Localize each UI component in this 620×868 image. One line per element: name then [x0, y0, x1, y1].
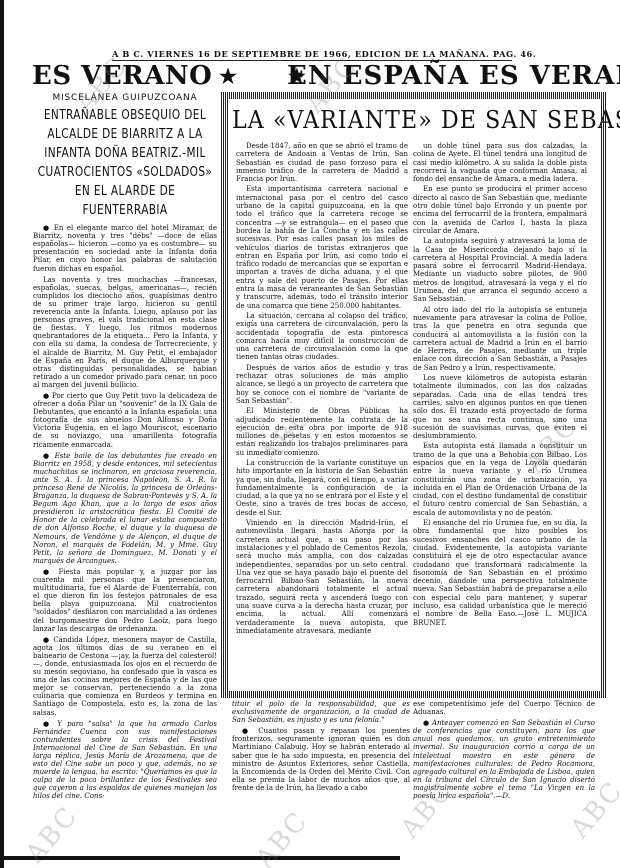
article-paragraph: tituir el polo de la responsabilidad, qu… [232, 700, 410, 724]
article-paragraph: ● Y para "salsa" la que ha armado Carlos… [33, 720, 217, 801]
bottom-column-3: ese competentísimo jefe del Cuerpo Técni… [413, 700, 595, 803]
article-paragraph: ● Anteayer comenzó en San Sebastián el C… [413, 719, 595, 800]
feature-paragraph: El ensanche del río Urumea fue, en su dí… [413, 519, 587, 627]
article-paragraph: ● Cuantos pasan y repasan los puentes fr… [232, 727, 410, 792]
feature-paragraph: Los nueve kilómetros de autopista estará… [413, 374, 587, 440]
feature-paragraph: un doble túnel para sus dos calzadas, la… [413, 142, 587, 183]
feature-paragraph: La autopista seguirá y atravesará la lom… [413, 237, 587, 303]
feature-paragraph: El Ministerio de Obras Públicas ha adjud… [236, 407, 408, 457]
article-paragraph: ● Fiesta más popular y, a juzgar por las… [33, 568, 217, 633]
feature-column-1: Desde 1847, año en que se abrió el tramo… [236, 142, 408, 637]
feature-paragraph: Después de varios años de estudio y tras… [236, 364, 408, 405]
article-kicker: MISCELÁNEA GUIPUZCOANA [33, 94, 217, 102]
feature-paragraph: La situación, cercana al colapso del trá… [236, 312, 408, 362]
page-folio: A B C. VIERNES 16 DE SEPTIEMBRE DE 1966,… [112, 49, 512, 61]
banner-right: EN ESPAÑA ES VERANO [287, 61, 620, 91]
article-paragraph: ● Cándida López, mesonera mayor de Casti… [33, 636, 217, 717]
article-paragraph: ● Por cierto que Guy Petit tuvo la delic… [33, 392, 217, 449]
feature-paragraph: Esta autopista está llamada a constituir… [413, 442, 587, 517]
banner-left: ES VERANO [32, 61, 212, 91]
article-headline: ENTRAÑABLE OBSEQUIO DEL ALCALDE DE BIARR… [33, 106, 217, 220]
article-paragraph: Las noventa y tres muchachas —francesas,… [33, 276, 217, 389]
bottom-column-2: tituir el polo de la responsabilidad, qu… [232, 700, 410, 795]
article-paragraph: ● En el elegante marco del hotel Miramar… [33, 224, 217, 273]
feature-paragraph: Desde 1847, año en que se abrió el tramo… [236, 142, 408, 183]
left-article: MISCELÁNEA GUIPUZCOANA ENTRAÑABLE OBSEQU… [33, 94, 217, 804]
feature-column-2: un doble túnel para sus dos calzadas, la… [413, 142, 587, 629]
page-bottom-rule [0, 856, 400, 860]
article-paragraph: ● Este baile de las debutantes fue cread… [33, 452, 217, 565]
feature-paragraph: Esta importantísima carretera nacional e… [236, 185, 408, 309]
feature-paragraph: La construcción de la variante constituy… [236, 459, 408, 517]
feature-paragraph: En ese punto se producirá el primer acce… [413, 185, 587, 235]
page-left-border [0, 0, 4, 868]
section-banner: ES VERANO ★ ★ EN ESPAÑA ES VERANO [32, 61, 612, 91]
feature-paragraph: Al otro lado del río la autopista se ent… [413, 306, 587, 372]
article-paragraph: ese competentísimo jefe del Cuerpo Técni… [413, 700, 595, 716]
feature-paragraph: Viniendo en la dirección Madrid-Irún, el… [236, 519, 408, 635]
feature-title: LA «VARIANTE» DE SAN SEBASTIAN [232, 106, 569, 134]
